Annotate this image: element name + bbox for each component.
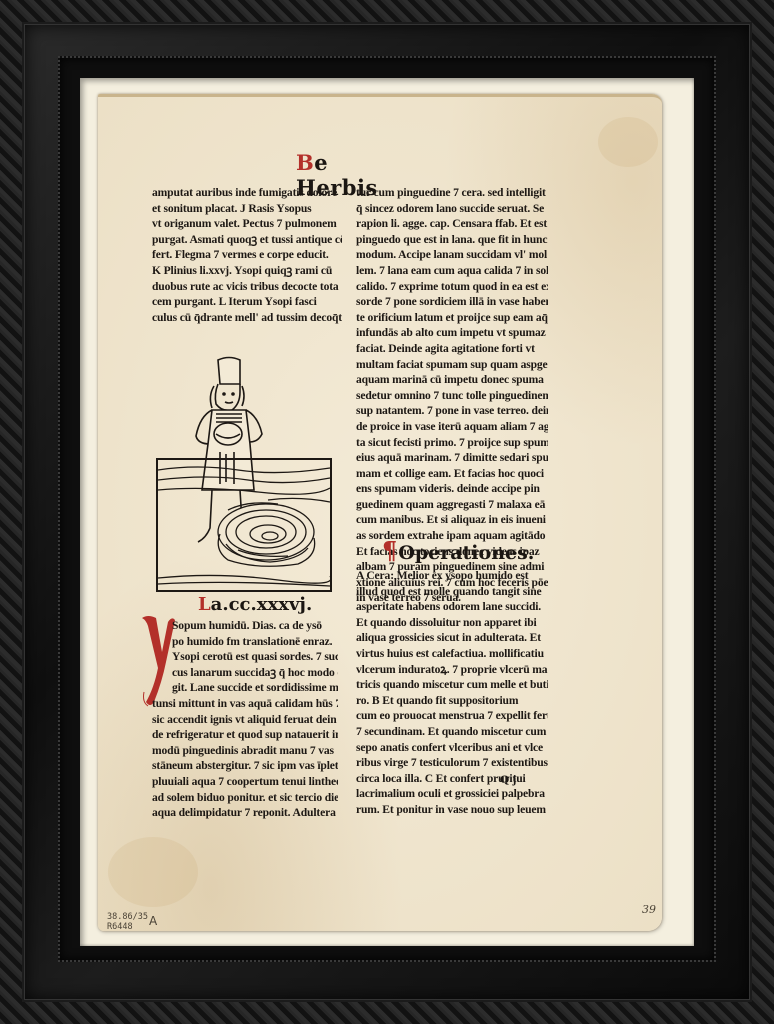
text-line: de refrigeratur et quod sup natauerit in xyxy=(152,727,338,743)
text-line: et sonitum placat. J Rasis Ysopus xyxy=(152,201,342,217)
text-line: cum manibus. Et si aliquaz in eis inueni xyxy=(356,512,548,528)
text-line: sup natantem. 7 pone in vase terreo. dei… xyxy=(356,403,548,419)
text-line: tur cum pinguedine 7 cera. sed intelligi… xyxy=(356,185,548,201)
text-line: asperitate habens odorem lane succidi. xyxy=(356,599,548,615)
text-line: pluuiali aqua 7 coopertum tenui lintheo xyxy=(152,774,338,790)
text-line: vt origanum valet. Pectus 7 pulmonem xyxy=(152,216,342,232)
text-line: culus cū q̄drante mell' ad tussim decoq̄… xyxy=(152,310,342,326)
text-line: cum eo prouocat menstrua 7 expellit ferū xyxy=(356,708,548,724)
text-line: multam faciat spumam sup quam aspge xyxy=(356,357,548,373)
text-line: ens spumam videris. deinde accipe pin xyxy=(356,481,548,497)
text-line: cem purgant. L Iterum Ysopi fasci xyxy=(152,294,342,310)
text-line: sorde 7 pone sordiciem illā in vase habe… xyxy=(356,294,548,310)
left-column-bottom-text: Sopum humidū. Dias. ca de ysō po humido … xyxy=(172,618,338,821)
text-line: modum. Accipe lanam succidam vl' mol xyxy=(356,247,548,263)
folio-number: 39 xyxy=(642,903,656,916)
text-line: circa loca illa. C Et confert pruritui xyxy=(356,771,548,787)
text-line: vlcerum induratoꝝ. 7 proprie vlcerū ma xyxy=(356,662,548,678)
text-line: eius aquā marinam. 7 dimitte sedari spu xyxy=(356,450,548,466)
operations-column-text: A Cera: Melior ex ysopo humido est illud… xyxy=(356,568,548,818)
text-line: infundās ab alto cum impetu vt spumaz xyxy=(356,325,548,341)
signature-mark: Q j xyxy=(500,772,516,787)
text-line: sepo anatis confert vlceribus ani et vlc… xyxy=(356,740,548,756)
text-line: ad solem biduo ponitur. et sic tercio di… xyxy=(152,790,338,806)
text-line: tricis quando miscetur cum melle et buti xyxy=(356,677,548,693)
text-line: pinguedo que est in lana. que fit in hun… xyxy=(356,232,548,248)
pilcrow-mark: ¶ xyxy=(382,536,397,565)
text-line: tunsi mittunt in vas aquā calidam hūs 7 xyxy=(152,696,338,712)
text-line: purgat. Asmati quoqꝫ et tussi antique cō xyxy=(152,232,342,248)
text-line: stāneum abstergitur. 7 sic ipm vas īplet xyxy=(152,758,338,774)
chapter-heading-text: a.cc.xxxvj. xyxy=(211,594,313,615)
inventory-number: 38.86/35 xyxy=(107,912,148,922)
running-head-initial: B xyxy=(296,150,314,175)
text-line: aqua delimpidatur 7 reponit. Adultera xyxy=(152,805,338,821)
chapter-heading: La.cc.xxxvj. xyxy=(198,594,312,615)
text-line: faciat. Deinde agita agitatione forti vt xyxy=(356,341,548,357)
text-line: fert. Flegma 7 vermes e corpe educit. xyxy=(152,247,342,263)
text-line: cus lanarum succidaꝫ q̄ hoc modo colli xyxy=(172,665,338,681)
text-line: amputat auribus inde fumigatis dolorē xyxy=(152,185,342,201)
text-line: sedetur omnino 7 tunc tolle pinguedinem xyxy=(356,388,548,404)
text-line: lem. 7 lana eam cum aqua calida 7 in sol… xyxy=(356,263,548,279)
inventory-note: 38.86/35 R6448 A xyxy=(107,912,148,932)
text-line: aquam marinā cū impetu donec spuma xyxy=(356,372,548,388)
operations-heading: ¶Operationes. xyxy=(382,536,534,565)
woodcut-illustration xyxy=(156,458,332,592)
text-line: 7 secundinam. Et quando miscetur cum xyxy=(356,724,548,740)
text-line: rapion li. agge. cap. Censara ffab. Et e… xyxy=(356,216,548,232)
text-line: q̄ sincez odorem lano succide seruat. Se xyxy=(356,201,548,217)
text-line: sic accendit ignis vt aliquid feruat dei… xyxy=(152,712,338,728)
text-line: ta sicut fecisti primo. 7 proijce sup sp… xyxy=(356,435,548,451)
text-line: K Plinius li.xxvj. Ysopi quiqꝫ rami cū xyxy=(152,263,342,279)
inventory-letter: A xyxy=(149,916,157,926)
woodcut-ground-and-fleece xyxy=(158,460,330,590)
text-line: mam et collige eam. Et facias hoc quoci xyxy=(356,466,548,482)
text-line: git. Lane succide et sordidissime mor de xyxy=(172,680,338,696)
text-line: modū pinguedinis abradit manu 7 vas xyxy=(152,743,338,759)
text-line: Sopum humidū. Dias. ca de ysō xyxy=(172,618,338,634)
text-line: calido. 7 exprime totum quod in ea est e… xyxy=(356,279,548,295)
text-line: rum. Et ponitur in vase nouo sup leuem xyxy=(356,802,548,818)
text-line: de proice in vase iterū aquam aliam 7 ag… xyxy=(356,419,548,435)
left-column-top-text: amputat auribus inde fumigatis dolorē et… xyxy=(152,185,342,325)
text-line: illud quod est molle quando tangit sine xyxy=(356,584,548,600)
paper-stain xyxy=(598,117,658,167)
text-line: Ysopi cerotū est quasi sordes. 7 suc xyxy=(172,649,338,665)
text-line: guedinem quam aggregasti 7 malaxa eā xyxy=(356,497,548,513)
text-line: duobus rute ac vicis tribus decocte tota xyxy=(152,279,342,295)
text-line: aliqua grossicies sicut in adulterata. E… xyxy=(356,630,548,646)
inventory-code: R6448 xyxy=(107,922,148,932)
text-line: virtus huius est calefactiua. mollificat… xyxy=(356,646,548,662)
text-line: Et quando dissoluitur non apparet ibi xyxy=(356,615,548,631)
decorated-initial-y xyxy=(140,612,176,708)
text-line: A Cera: Melior ex ysopo humido est xyxy=(356,568,548,584)
text-line: po humido fm translationē enraz. xyxy=(172,634,338,650)
text-line: ro. B Et quando fit suppositorium xyxy=(356,693,548,709)
text-line: lacrimalium oculi et grossiciei palpebra xyxy=(356,786,548,802)
operations-heading-text: Operationes. xyxy=(398,542,534,564)
text-line: ribus virge 7 testiculorum 7 existentibu… xyxy=(356,755,548,771)
paper-stain xyxy=(108,837,198,907)
chapter-heading-initial: L xyxy=(198,594,211,615)
text-line: te orificium latum et proijce sup eam aq… xyxy=(356,310,548,326)
